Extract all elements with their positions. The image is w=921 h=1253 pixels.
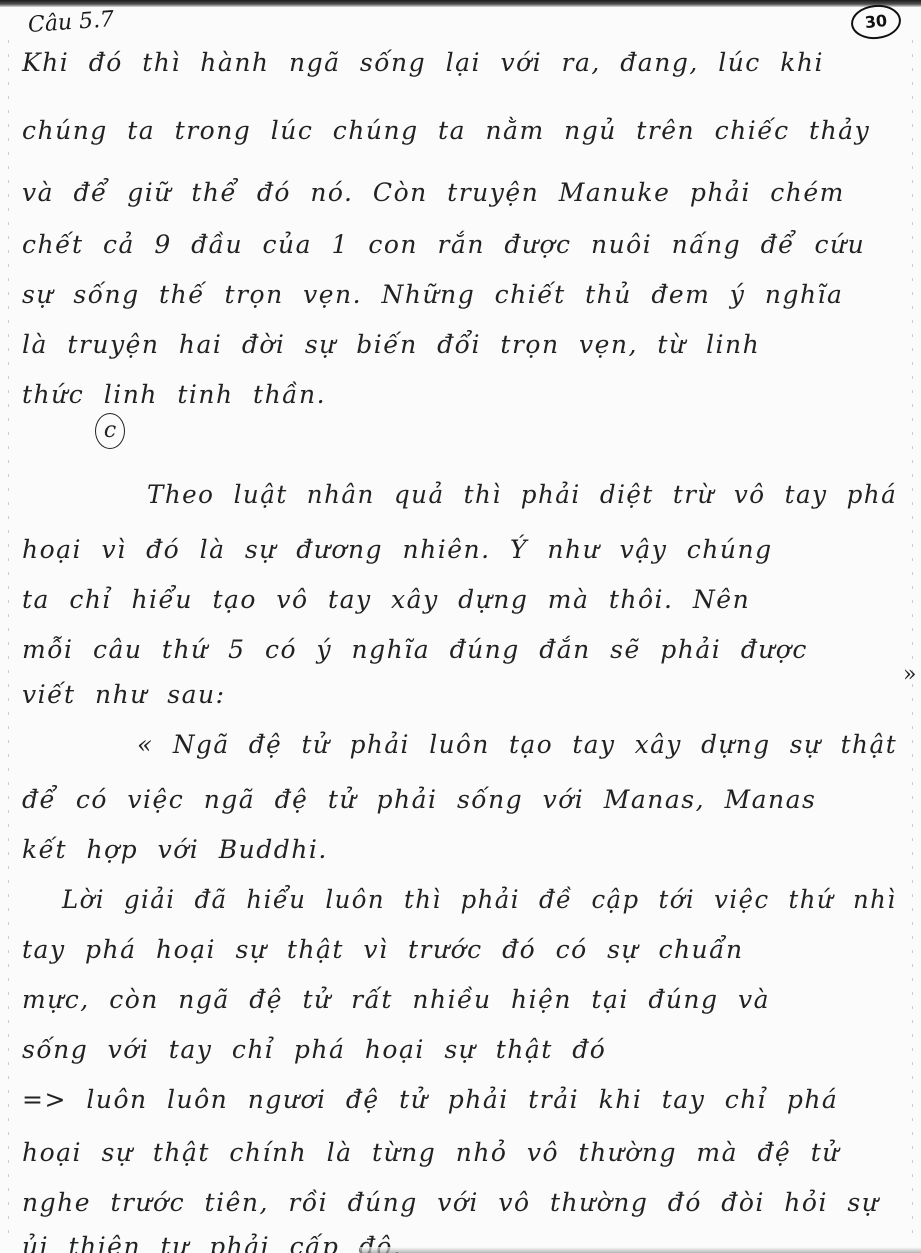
- text-line: Theo luật nhân quả thì phải diệt trừ vô …: [147, 480, 897, 509]
- text-line: chết cả 9 đầu của 1 con rắn được nuôi nấ…: [22, 230, 865, 259]
- text-line: sự sống thế trọn vẹn. Những chiết thủ đe…: [22, 280, 843, 309]
- text-line: tay phá hoại sự thật vì trước đó có sự c…: [22, 935, 744, 964]
- text-line: => luôn luôn ngươi đệ tử phải trải khi t…: [22, 1085, 838, 1114]
- paper-margin-dots: [912, 40, 913, 1233]
- text-line: « Ngã đệ tử phải luôn tạo tay xây dựng s…: [137, 730, 897, 759]
- text-line: Khi đó thì hành ngã sống lại với ra, đan…: [22, 48, 824, 77]
- scan-bottom-edge: [360, 1247, 921, 1253]
- text-line: hoại sự thật chính là từng nhỏ vô thường…: [22, 1138, 840, 1167]
- text-line: mỗi câu thứ 5 có ý nghĩa đúng đắn sẽ phả…: [22, 635, 808, 664]
- closing-quote-mark: »: [903, 662, 916, 687]
- section-marker: c: [95, 413, 125, 449]
- text-line: viết như sau:: [22, 680, 226, 709]
- paper-margin-dots: [8, 40, 9, 1233]
- page-number: 30: [849, 2, 902, 41]
- text-line: là truyện hai đời sự biến đổi trọn vẹn, …: [22, 330, 760, 359]
- scan-top-edge: [0, 0, 921, 7]
- text-line: và để giữ thể đó nó. Còn truyện Manuke p…: [22, 178, 845, 207]
- text-line: Lời giải đã hiểu luôn thì phải đề cập tớ…: [62, 885, 897, 914]
- text-line: thức linh tinh thần.: [22, 380, 326, 409]
- text-line: hoại vì đó là sự đương nhiên. Ý như vậy …: [22, 535, 773, 564]
- text-line: ủi thiện tự phải cấp độ.: [22, 1232, 402, 1253]
- text-line: mực, còn ngã đệ tử rất nhiều hiện tại đú…: [22, 985, 770, 1014]
- text-line: để có việc ngã đệ tử phải sống với Manas…: [22, 785, 816, 814]
- text-line: sống với tay chỉ phá hoại sự thật đó: [22, 1035, 606, 1064]
- text-line: nghe trước tiên, rồi đúng với vô thường …: [22, 1188, 879, 1217]
- text-line: ta chỉ hiểu tạo vô tay xây dựng mà thôi.…: [22, 585, 750, 614]
- header-label: Câu 5.7: [27, 7, 115, 38]
- text-line: chúng ta trong lúc chúng ta nằm ngủ trên…: [22, 116, 870, 145]
- text-line: kết hợp với Buddhi.: [22, 835, 328, 864]
